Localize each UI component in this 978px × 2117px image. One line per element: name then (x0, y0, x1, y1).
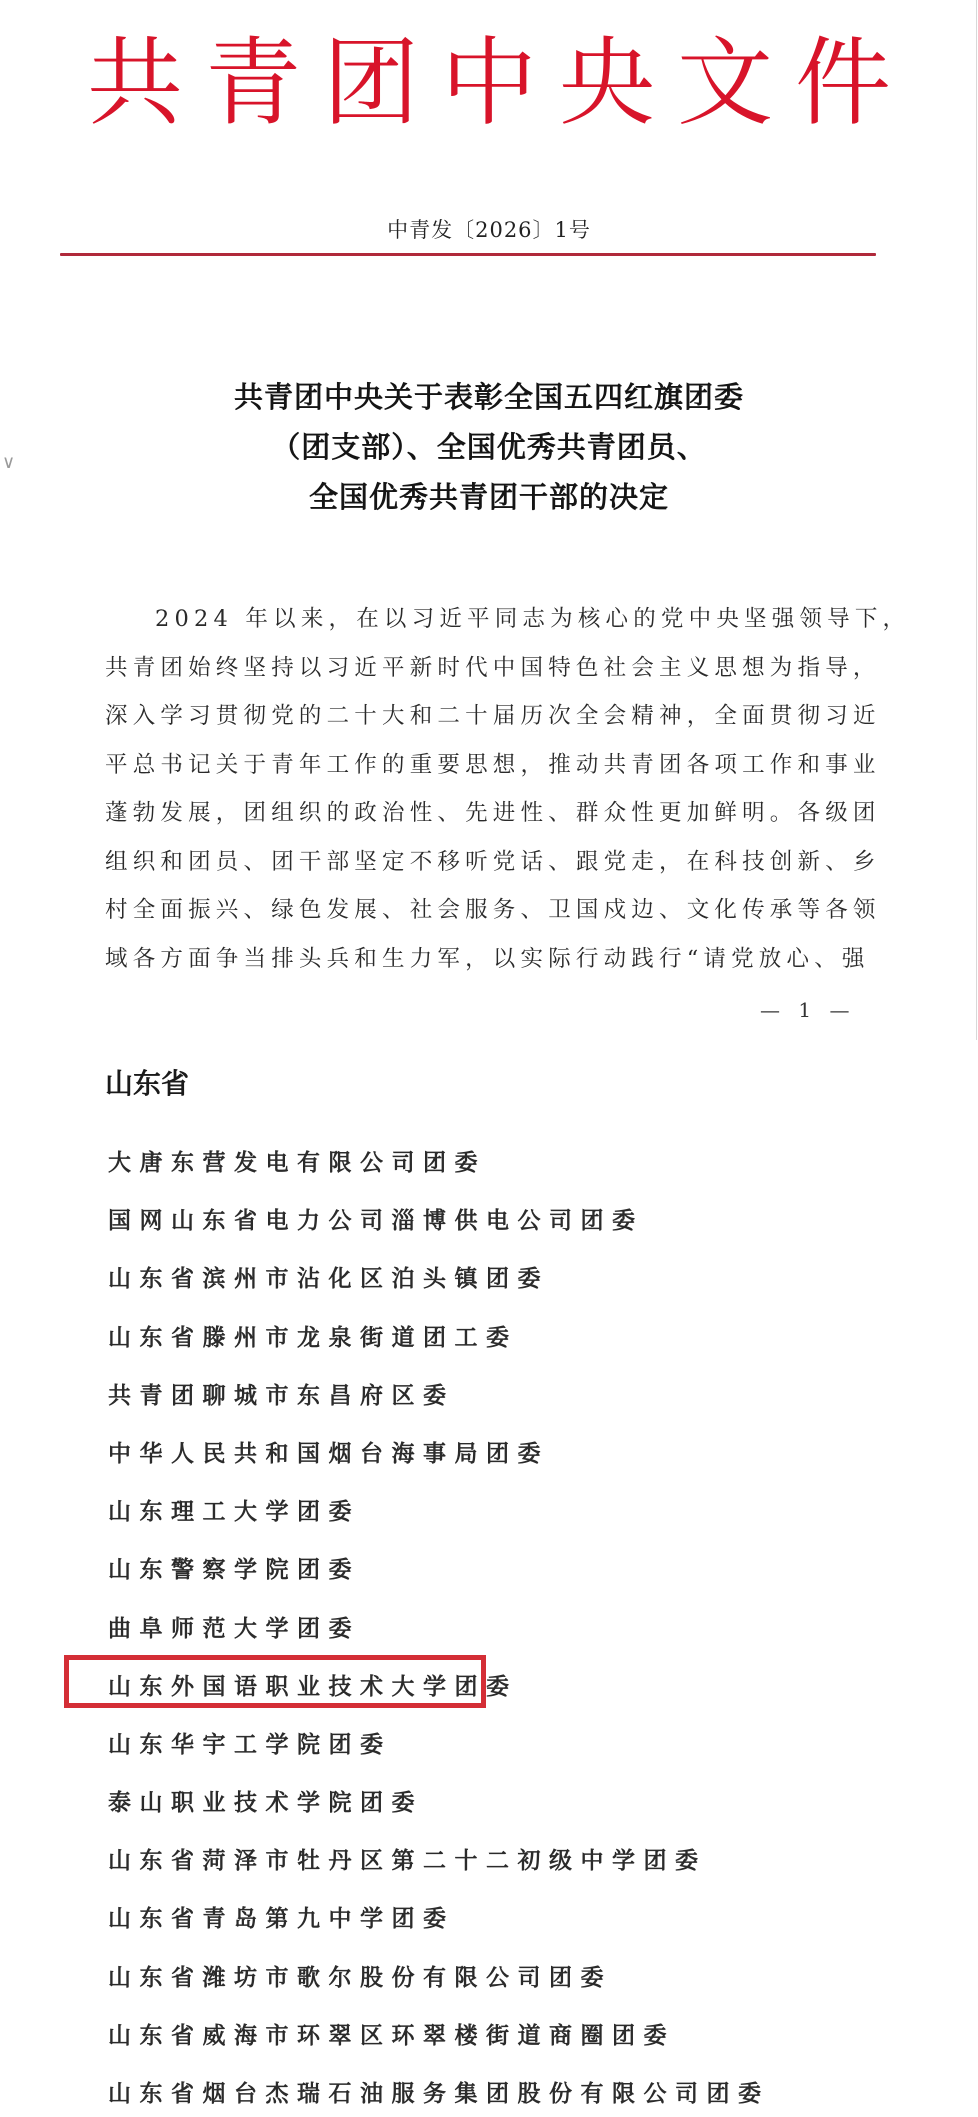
body-line: 组织和团员、团干部坚定不移听党话、跟党走，在科技创新、乡 (105, 838, 875, 887)
document-number: 中青发〔2026〕1号 (0, 214, 978, 244)
body-line: 深入学习贯彻党的二十大和二十届历次全会精神，全面贯彻习近 (105, 692, 875, 741)
title-line: 共青团中央关于表彰全国五四红旗团委 (0, 372, 978, 422)
body-line: 蓬勃发展，团组织的政治性、先进性、群众性更加鲜明。各级团 (105, 789, 875, 838)
document-page-list: 山东省 大唐东营发电有限公司团委 国网山东省电力公司淄博供电公司团委 山东省滨州… (0, 1040, 978, 2117)
body-line: 2024 年以来，在以习近平同志为核心的党中央坚强领导下， (105, 595, 875, 644)
document-masthead: 共青团中央文件 (0, 28, 978, 138)
body-line: 域各方面争当排头兵和生力军，以实际行动践行“请党放心、强 (105, 935, 875, 984)
list-item: 山东省青岛第九中学团委 (108, 1890, 770, 1948)
body-line: 平总书记关于青年工作的重要思想，推动共青团各项工作和事业 (105, 741, 875, 790)
body-line: 村全面振兴、绿色发展、社会服务、卫国戍边、文化传承等各领 (105, 886, 875, 935)
list-item: 山东理工大学团委 (108, 1483, 770, 1541)
province-heading: 山东省 (105, 1062, 189, 1102)
document-title: 共青团中央关于表彰全国五四红旗团委 （团支部）、全国优秀共青团员、 全国优秀共青… (0, 372, 978, 522)
list-item: 曲阜师范大学团委 (108, 1600, 770, 1658)
list-item: 山东省滨州市沾化区泊头镇团委 (108, 1250, 770, 1308)
highlight-annotation-box (64, 1655, 486, 1708)
document-body: 2024 年以来，在以习近平同志为核心的党中央坚强领导下， 共青团始终坚持以习近… (105, 595, 875, 983)
page-number: — 1 — (760, 998, 855, 1022)
list-item: 大唐东营发电有限公司团委 (108, 1134, 770, 1192)
title-line: 全国优秀共青团干部的决定 (0, 472, 978, 522)
awardee-list: 大唐东营发电有限公司团委 国网山东省电力公司淄博供电公司团委 山东省滨州市沾化区… (108, 1134, 770, 2117)
list-item-highlighted: 泰山职业技术学院团委 (108, 1774, 770, 1832)
body-line: 共青团始终坚持以习近平新时代中国特色社会主义思想为指导， (105, 644, 875, 693)
list-item: 山东省威海市环翠区环翠楼街道商圈团委 (108, 2007, 770, 2065)
list-item: 山东省菏泽市牡丹区第二十二初级中学团委 (108, 1832, 770, 1890)
list-item: 山东省滕州市龙泉街道团工委 (108, 1309, 770, 1367)
list-item: 山东省潍坊市歌尔股份有限公司团委 (108, 1949, 770, 2007)
document-page-1: ∨ 共青团中央文件 中青发〔2026〕1号 共青团中央关于表彰全国五四红旗团委 … (0, 0, 978, 1040)
list-item: 国网山东省电力公司淄博供电公司团委 (108, 1192, 770, 1250)
title-line: （团支部）、全国优秀共青团员、 (0, 422, 978, 472)
list-item: 中华人民共和国烟台海事局团委 (108, 1425, 770, 1483)
list-item: 山东华宇工学院团委 (108, 1716, 770, 1774)
list-item: 山东警察学院团委 (108, 1541, 770, 1599)
list-item: 共青团聊城市东昌府区委 (108, 1367, 770, 1425)
list-item: 山东省烟台杰瑞石油服务集团股份有限公司团委 (108, 2065, 770, 2117)
header-divider (60, 253, 876, 256)
